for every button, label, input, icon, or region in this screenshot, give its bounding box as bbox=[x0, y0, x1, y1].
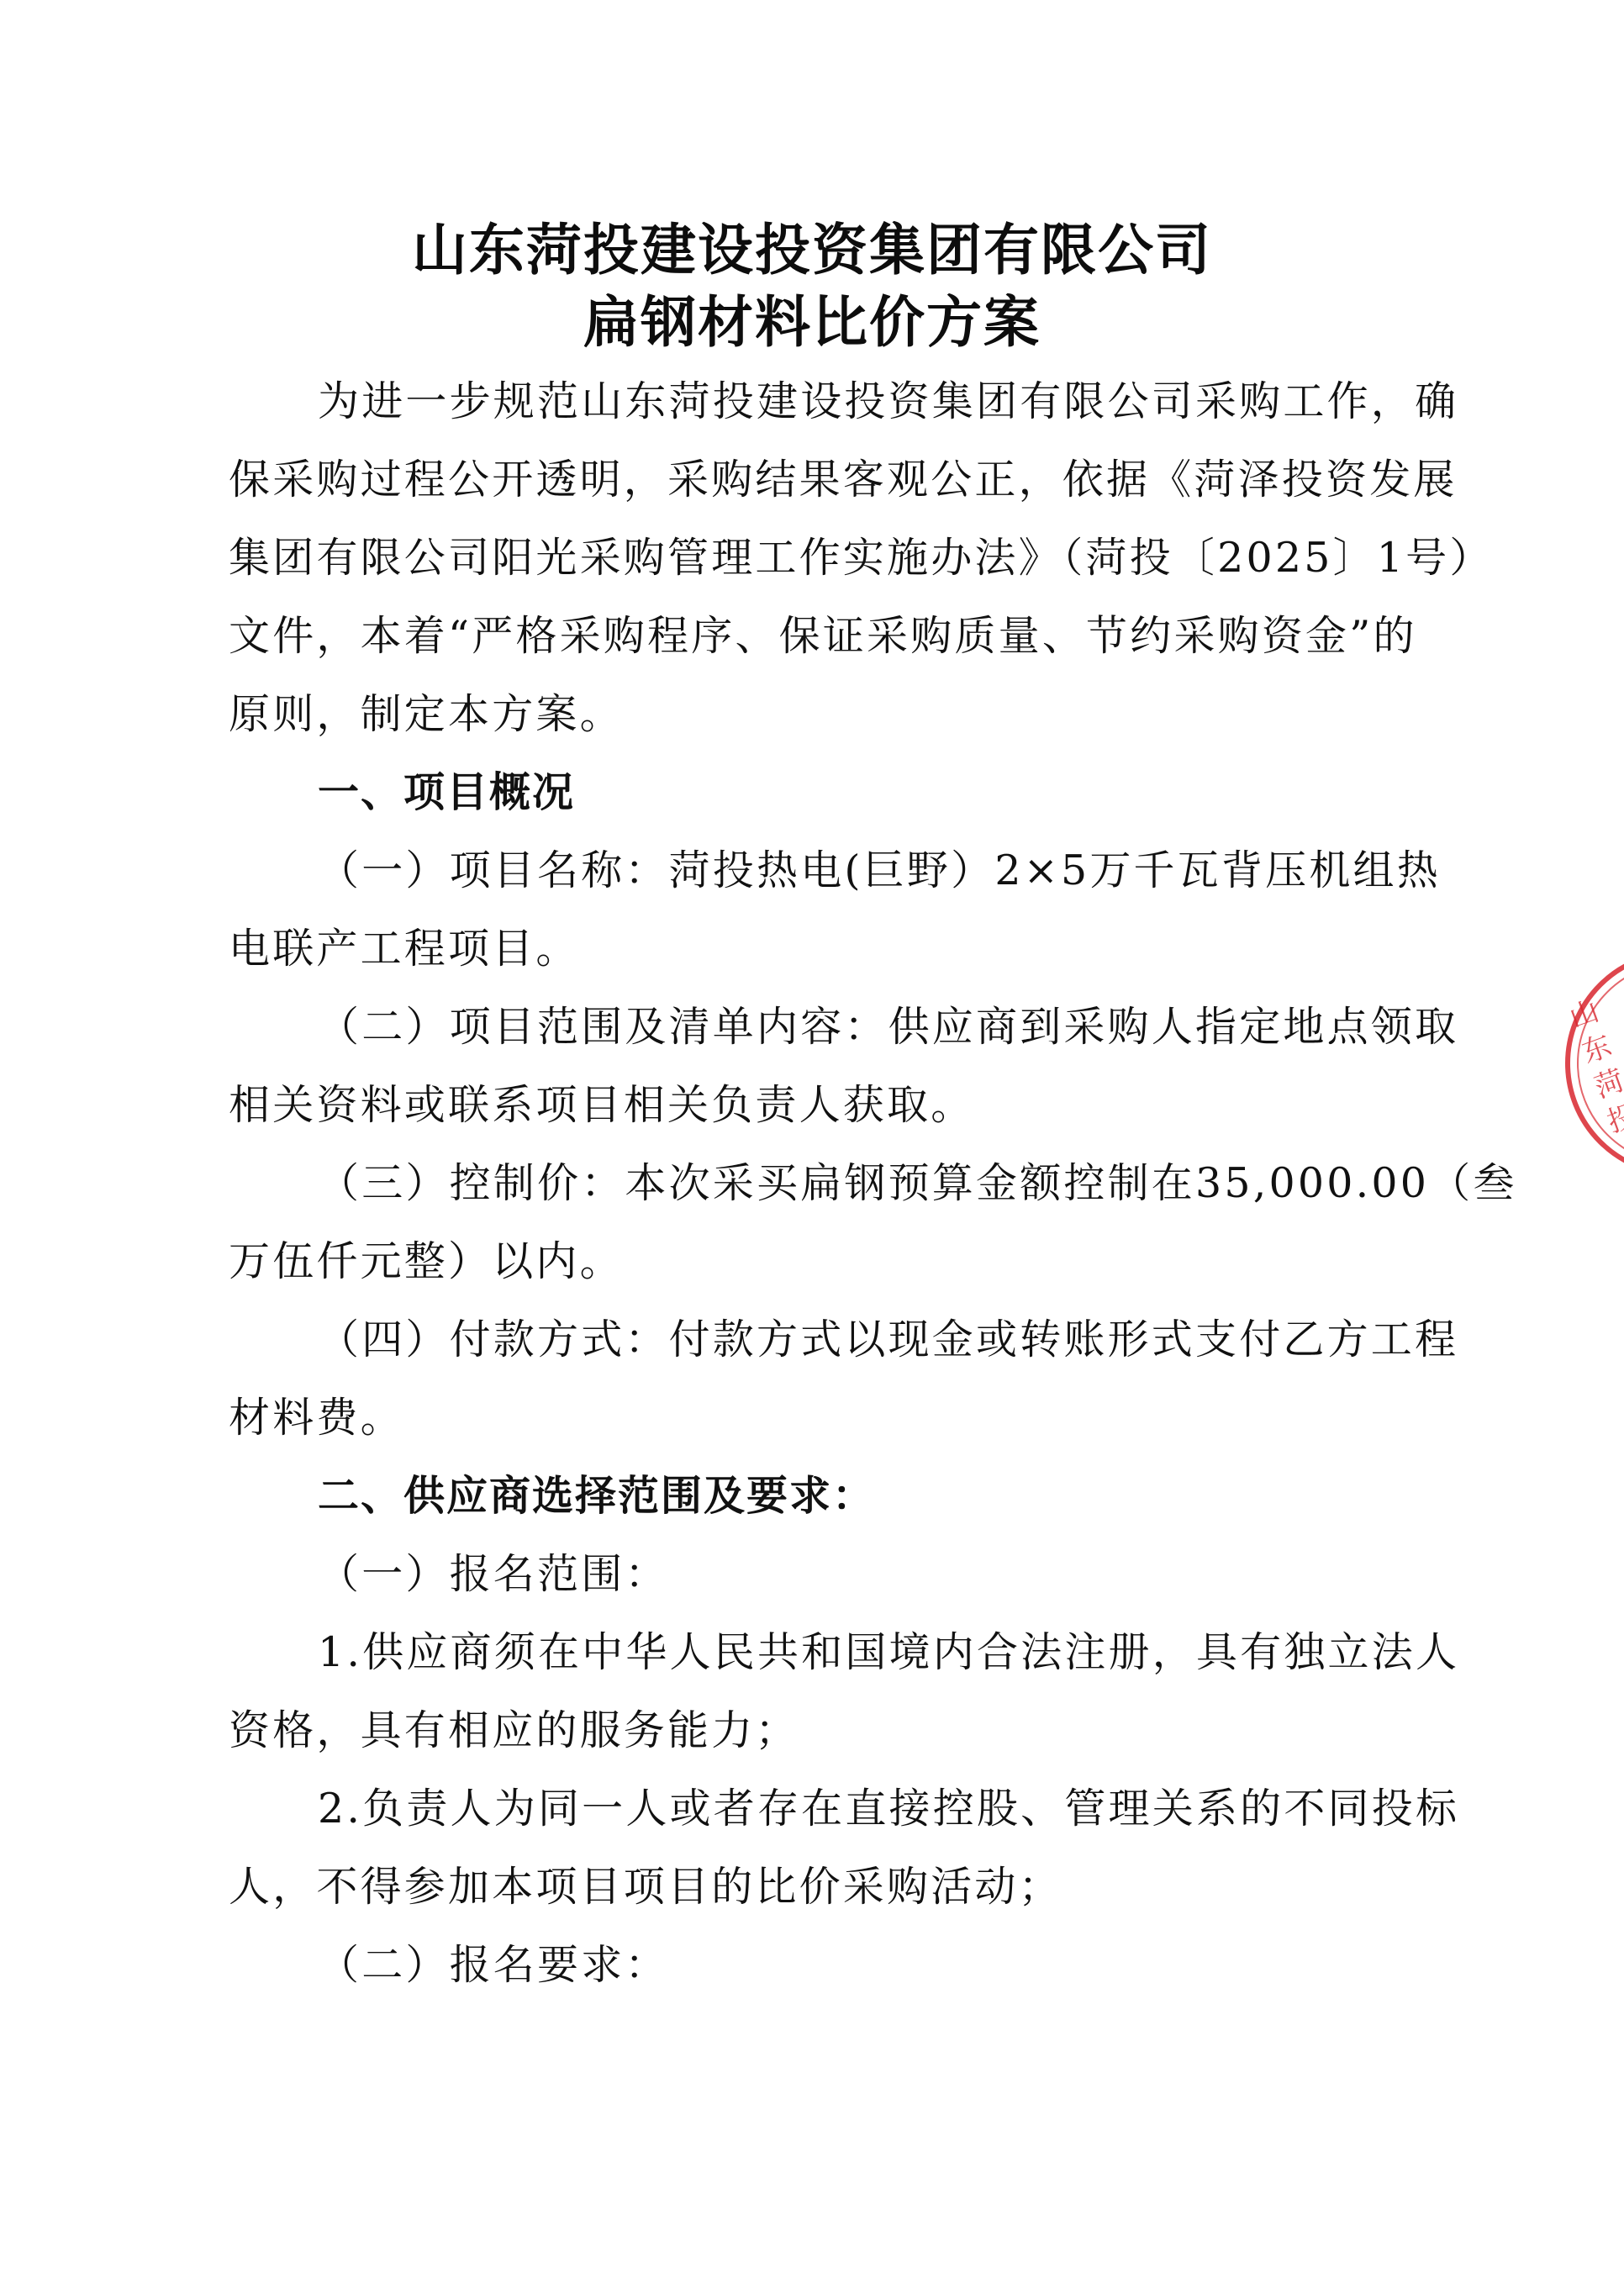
intro-paragraph-line: 集团有限公司阳光采购管理工作实施办法》（菏投〔2025〕1号） bbox=[229, 533, 1439, 583]
project-scope-line: 相关资料或联系项目相关负责人获取。 bbox=[229, 1080, 1439, 1131]
intro-paragraph-line: 为进一步规范山东菏投建设投资集团有限公司采购工作，确 bbox=[318, 377, 1439, 427]
intro-paragraph-line: 保采购过程公开透明，采购结果客观公正，依据《菏泽投资发展 bbox=[229, 455, 1439, 505]
rule-line: 2.负责人为同一人或者存在直接控股、管理关系的不同投标 bbox=[318, 1784, 1439, 1834]
intro-paragraph-line: 原则，制定本方案。 bbox=[229, 689, 1439, 740]
document-title-subject: 扁钢材料比价方案 bbox=[0, 277, 1624, 357]
control-price-line: （三）控制价：本次采买扁钢预算金额控制在35,000.00（叁 bbox=[318, 1158, 1439, 1209]
control-price-line: 万伍仟元整）以内。 bbox=[229, 1237, 1439, 1287]
project-scope-line: （二）项目范围及清单内容：供应商到采购人指定地点领取 bbox=[318, 1002, 1439, 1052]
document-page: 山东菏投建设投资集团有限公司 扁钢材料比价方案 为进一步规范山东菏投建设投资集团… bbox=[0, 0, 1624, 2273]
payment-method-line: 材料费。 bbox=[229, 1393, 1439, 1443]
intro-paragraph-line: 文件，本着“严格采购程序、保证采购质量、节约采购资金”的 bbox=[229, 611, 1439, 662]
subheading-registration-requirements: （二）报名要求： bbox=[318, 1940, 1439, 1991]
section-heading-supplier-requirements: 二、供应商选择范围及要求： bbox=[318, 1471, 1439, 1521]
rule-line: 资格，具有相应的服务能力； bbox=[229, 1706, 1439, 1756]
project-name-line: 电联产工程项目。 bbox=[229, 924, 1439, 974]
rule-line: 人，不得参加本项目项目的比价采购活动； bbox=[229, 1862, 1439, 1912]
rule-line: 1.供应商须在中华人民共和国境内合法注册，具有独立法人 bbox=[318, 1627, 1439, 1678]
section-heading-project-overview: 一、项目概况 bbox=[318, 767, 1439, 818]
subheading-registration-scope: （一）报名范围： bbox=[318, 1549, 1439, 1600]
document-title-company: 山东菏投建设投资集团有限公司 bbox=[0, 205, 1624, 285]
payment-method-line: （四）付款方式：付款方式以现金或转账形式支付乙方工程 bbox=[318, 1315, 1439, 1365]
project-name-line: （一）项目名称：菏投热电(巨野）2×5万千瓦背压机组热 bbox=[318, 846, 1439, 896]
